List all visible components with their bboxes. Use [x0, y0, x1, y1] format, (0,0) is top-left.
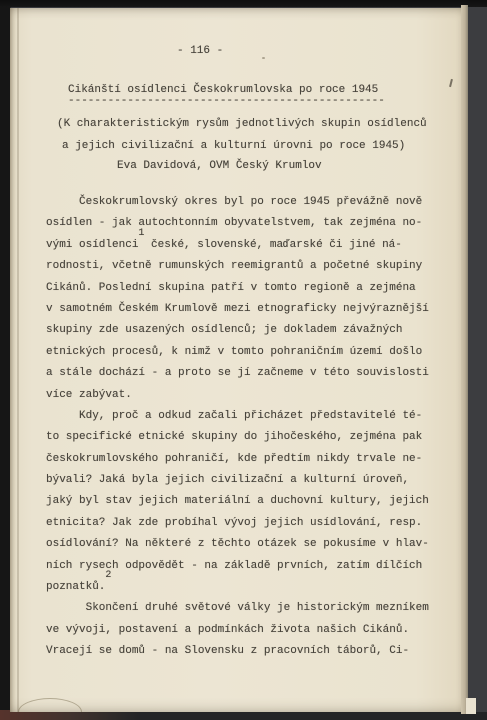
text-line: Kdy, proč a odkud začali přicházet předs…	[46, 406, 446, 427]
text-line: Cikánů. Poslední skupina patří v tomto r…	[46, 278, 446, 299]
text-line: skupiny zde usazených osídlenců; je dokl…	[46, 320, 446, 341]
ink-speck	[449, 79, 453, 87]
text-line: ve vývoji, postavení a podmínkách života…	[46, 620, 446, 641]
title-underline: ----------------------------------------…	[68, 95, 385, 108]
text-line: jaký byl stav jejich materiální a duchov…	[46, 491, 446, 512]
text-line: v samotném Českém Krumlově mezi etnograf…	[46, 299, 446, 320]
page-fold-shadow	[17, 8, 19, 712]
page-number: - 116 -	[177, 45, 223, 58]
text-line: vými osídlenci1 české, slovenské, maďars…	[46, 235, 446, 256]
subtitle-line-2: a jejich civilizační a kulturní úrovni p…	[62, 140, 405, 153]
footnote-marker: 2	[105, 570, 111, 581]
page-corner-sliver	[466, 698, 476, 714]
page-edge-strip	[461, 5, 468, 714]
ink-speck	[262, 57, 265, 59]
text-line: poznatků.2	[46, 577, 446, 598]
text-line: více zabývat.	[46, 385, 446, 406]
text-line: a stále dochází - a proto se jí začneme …	[46, 363, 446, 384]
stamp-mark	[18, 698, 82, 712]
text-line: osídlen - jak autochtonním obyvatelstvem…	[46, 213, 446, 234]
document-page: - 116 - Cikánští osídlenci Českokrumlovs…	[10, 8, 461, 712]
article-body: Českokrumlovský okres byl po roce 1945 p…	[46, 192, 446, 663]
text-line: etnicita? Jak zde probíhal vývoj jejich …	[46, 513, 446, 534]
paragraph: Kdy, proč a odkud začali přicházet předs…	[46, 406, 446, 599]
author-byline: Eva Davidová, OVM Český Krumlov	[117, 160, 322, 173]
text-line: českokrumlovského pohraničí, kde předtím…	[46, 449, 446, 470]
text-line: Českokrumlovský okres byl po roce 1945 p…	[46, 192, 446, 213]
subtitle-line-1: (K charakteristickým rysům jednotlivých …	[57, 118, 427, 131]
paragraph: Českokrumlovský okres byl po roce 1945 p…	[46, 192, 446, 406]
footnote-marker: 1	[138, 228, 144, 239]
text-line: Vracejí se domů - na Slovensku z pracovn…	[46, 641, 446, 662]
text-line: osídlování? Na některé z těchto otázek s…	[46, 534, 446, 555]
paragraph: Skončení druhé světové války je historic…	[46, 598, 446, 662]
text-line: Skončení druhé světové války je historic…	[46, 598, 446, 619]
text-line: bývali? Jaká byla jejich civilizační a k…	[46, 470, 446, 491]
text-line: to specifické etnické skupiny do jihočes…	[46, 427, 446, 448]
text-line: rodnosti, včetně rumunských reemigrantů …	[46, 256, 446, 277]
scanned-book-photo: - 116 - Cikánští osídlenci Českokrumlovs…	[0, 0, 487, 720]
text-line: etnických procesů, k nimž v tomto pohran…	[46, 342, 446, 363]
